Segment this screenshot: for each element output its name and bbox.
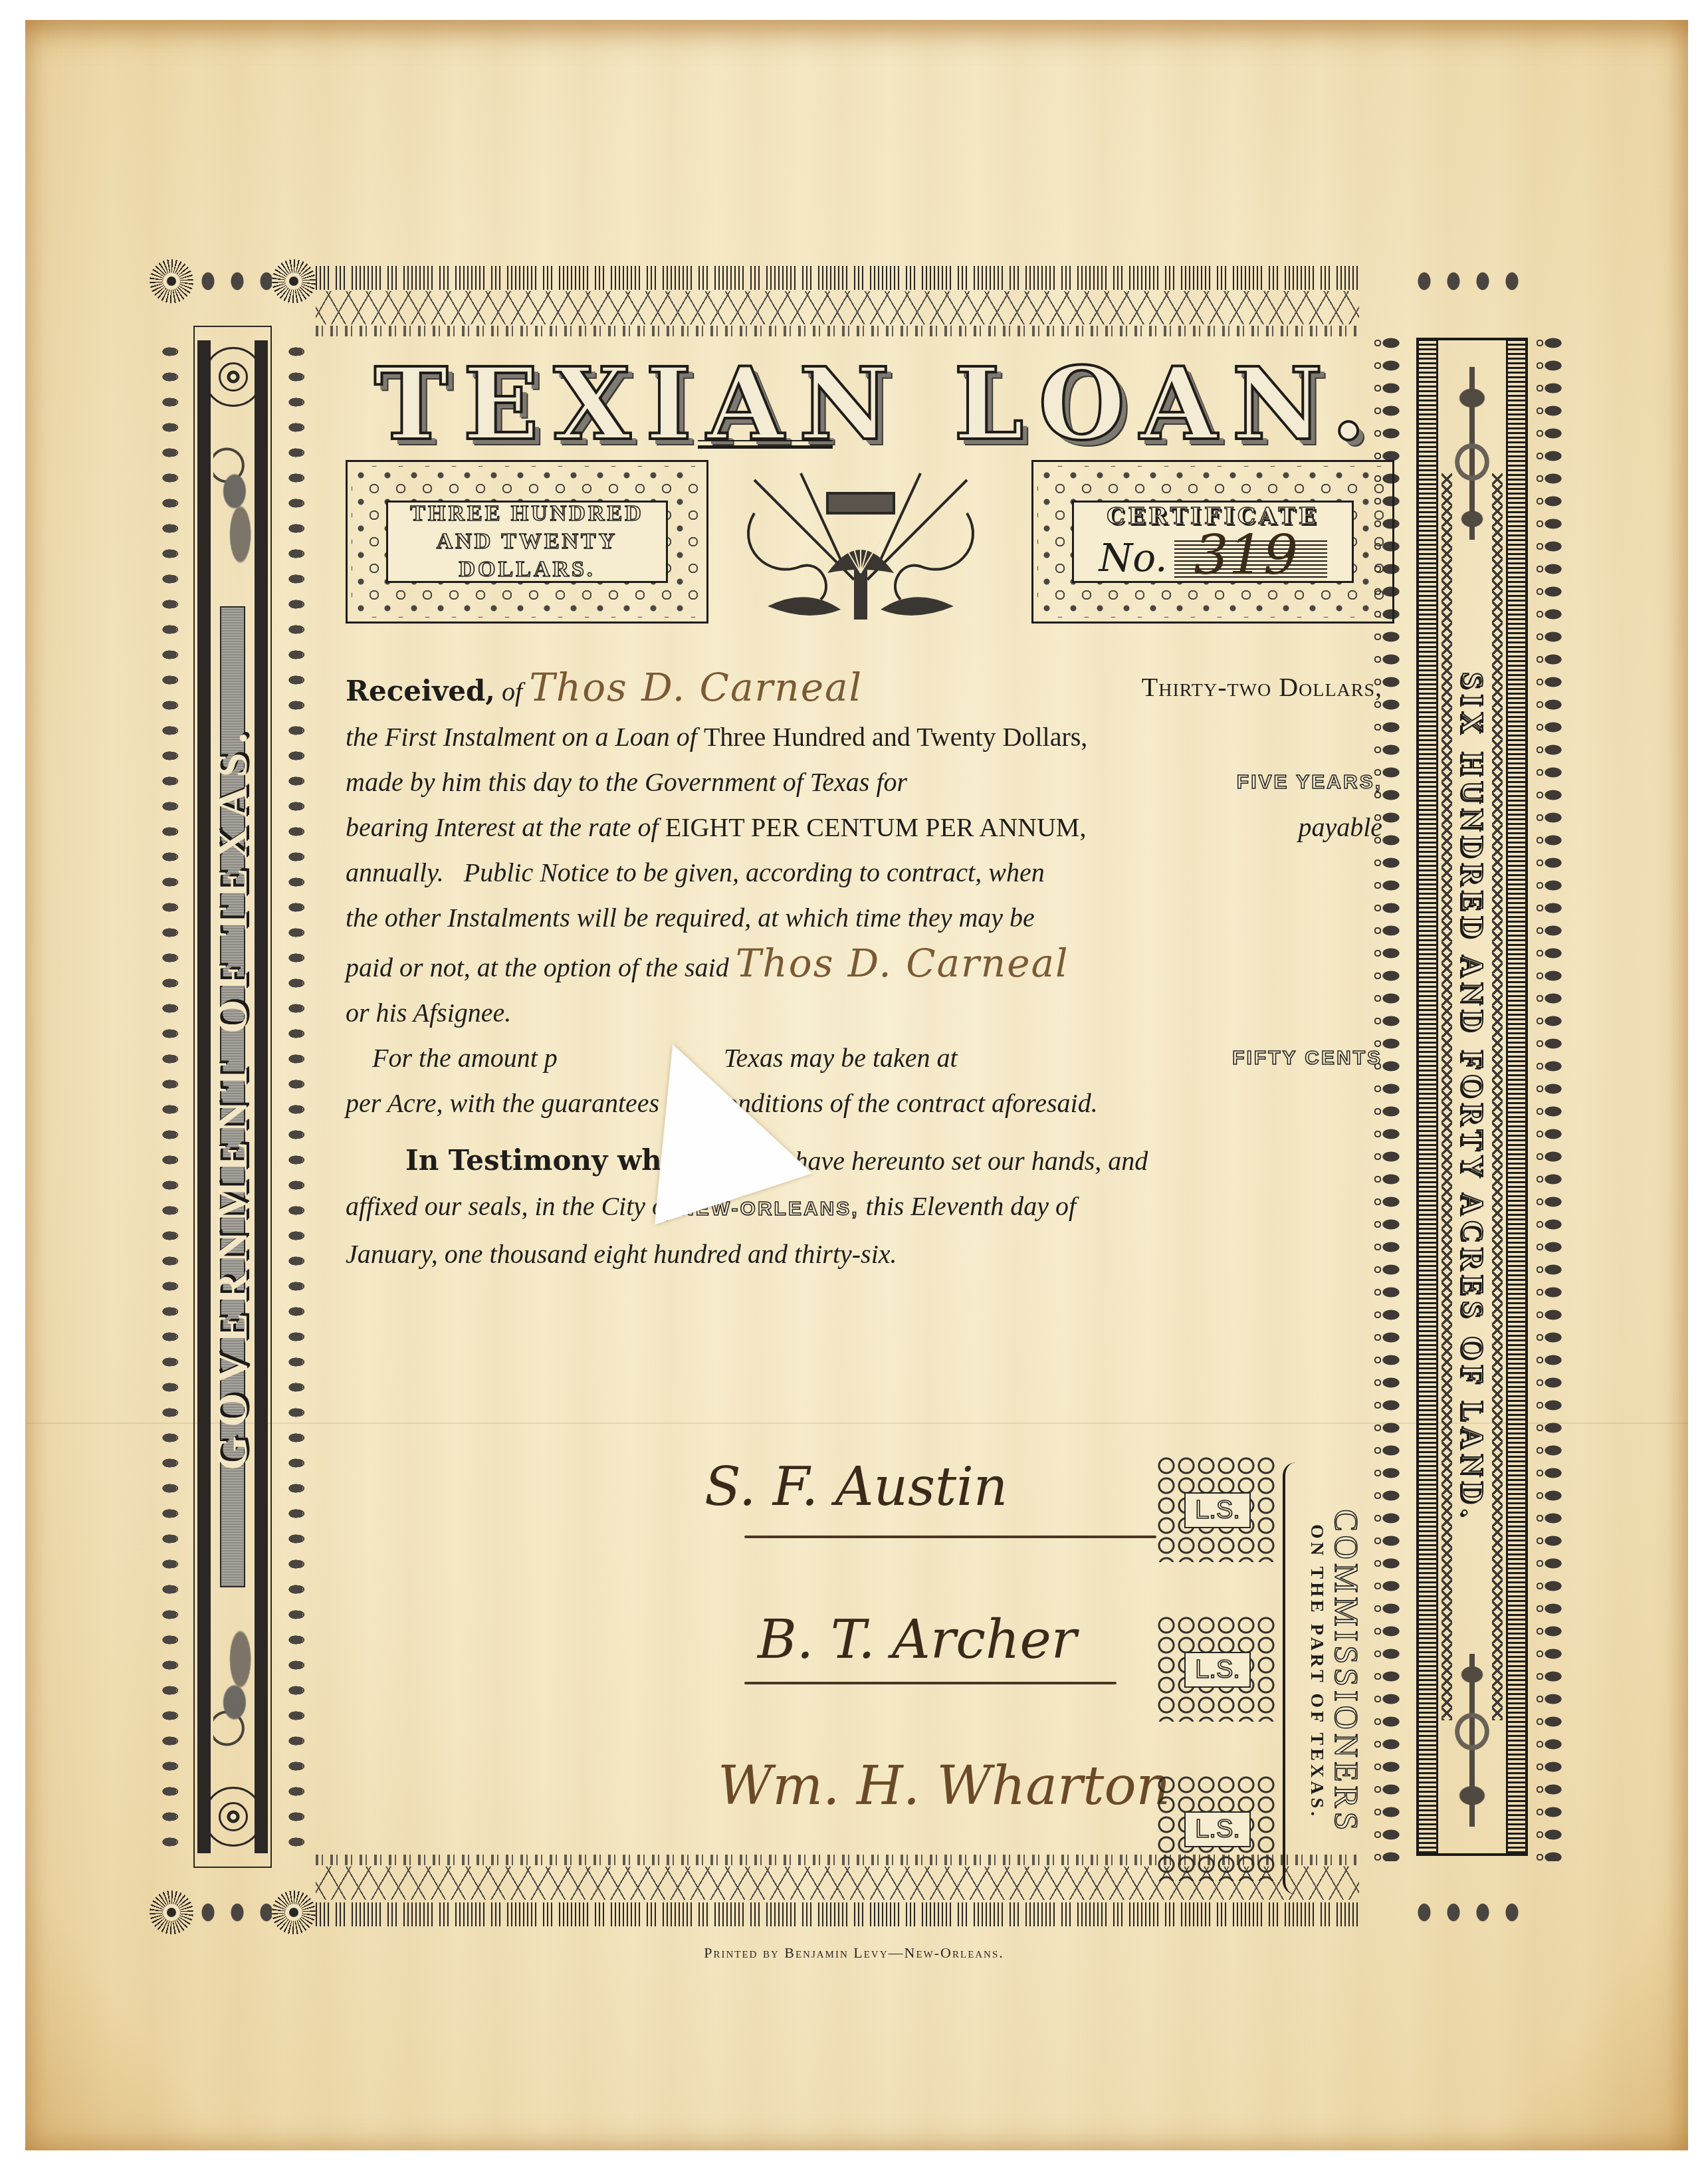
tulip-row (193, 259, 272, 303)
signature-flourish (744, 1536, 1156, 1538)
rosette-medallion-icon (203, 347, 263, 407)
text-line: the other Instalments will be required, … (346, 895, 1382, 941)
text-line: In Testimony whereof, we have hereunto s… (346, 1138, 1382, 1184)
signature-wharton: Wm. H. Wharton (718, 1755, 1170, 1817)
certificate-box-inner: CERTIFICATE No. 319 (1072, 501, 1354, 583)
text-line: affixed our seals, in the City of NEW-OR… (346, 1184, 1382, 1232)
amount-box-inner: THREE HUNDRED AND TWENTY DOLLARS. (386, 501, 668, 583)
certificate-number-row: No. 319 (1099, 535, 1327, 580)
commissioners-caption: COMMISSIONERS ON THE PART OF TEXAS. (1306, 1509, 1366, 1834)
hatched-rail (1419, 340, 1438, 1853)
commissioners-sublabel: ON THE PART OF TEXAS. (1306, 1509, 1327, 1834)
fleur-trophy-icon (1439, 1654, 1505, 1827)
payer-name-handwritten: Thos D. Carneal (529, 665, 863, 710)
brace-bracket (1283, 1462, 1296, 1894)
document-title: TEXIAN LOAN. (346, 346, 1409, 463)
loan-term: FIVE YEARS, (1237, 760, 1382, 805)
leaf-column (1535, 332, 1572, 1861)
signature-archer: B. T. Archer (758, 1609, 1077, 1670)
text-line: Received, of Thos D. Carneal Thirty-two … (346, 665, 1382, 715)
text-line: January, one thousand eight hundred and … (346, 1232, 1382, 1277)
text-line: annually. Public Notice to be given, acc… (346, 850, 1382, 895)
certificate-content: TEXIAN LOAN. THREE HUNDRED AND TWENTY DO… (346, 319, 1409, 1914)
left-inner-panel: GOVERNMENT OF TEXAS. (193, 326, 272, 1868)
seal-label: L.S. (1184, 1652, 1251, 1688)
tulip-row (1410, 259, 1535, 303)
right-inner-panel: SIX HUNDRED AND FORTY ACRES OF LAND. (1416, 338, 1528, 1856)
land-banner-text: SIX HUNDRED AND FORTY ACRES OF LAND. (1455, 672, 1490, 1522)
interest-rate: EIGHT PER CENTUM PER ANNUM, (665, 812, 1087, 842)
receipt-paragraph: Received, of Thos D. Carneal Thirty-two … (346, 665, 1382, 1277)
text-span: For the amount p (372, 1043, 558, 1073)
fleur-trophy-icon (1439, 367, 1505, 540)
number-prefix: No. (1099, 535, 1167, 580)
printer-imprint: Printed by Benjamin Levy—New-Orleans. (0, 1944, 1708, 1962)
text-line: bearing Interest at the rate of EIGHT PE… (346, 805, 1382, 850)
text-span: affixed our seals, in the City of (346, 1191, 673, 1221)
text-span: bearing Interest at the rate of (346, 812, 659, 842)
trophy-vignette-icon (728, 467, 994, 626)
text-span: paid or not, at the option of the said (346, 953, 729, 982)
amount-line: DOLLARS. (459, 556, 595, 584)
dolphin-scroll-engraving (213, 1607, 252, 1780)
amount-box: THREE HUNDRED AND TWENTY DOLLARS. (346, 460, 708, 624)
text-line: made by him this day to the Government o… (346, 760, 1382, 805)
text-span: made by him this day to the Government o… (346, 767, 907, 797)
seal-label: L.S. (1184, 1811, 1251, 1847)
text-span: payable (1298, 805, 1382, 850)
assignee-name-handwritten: Thos D. Carneal (736, 941, 1069, 986)
certificate-box: CERTIFICATE No. 319 (1031, 460, 1394, 624)
sunburst-icon (272, 259, 316, 303)
tulip-column (276, 339, 316, 1855)
text-span: we have hereunto set our hands, and (758, 1146, 1148, 1176)
signature-flourish (744, 1682, 1117, 1684)
commissioners-label: COMMISSIONERS (1327, 1509, 1366, 1834)
text-line: For the amount p Texas may be taken at F… (346, 1036, 1382, 1081)
loan-amount: Three Hundred and Twenty Dollars, (704, 722, 1087, 752)
text-line: per Acre, with the guarantees and condit… (346, 1081, 1382, 1126)
government-banner: GOVERNMENT OF TEXAS. (220, 606, 245, 1587)
text-line: or his Afsignee. (346, 990, 1382, 1036)
amount-line: AND TWENTY (437, 528, 618, 556)
government-banner-text: GOVERNMENT OF TEXAS. (207, 723, 258, 1470)
rosette-medallion-icon (203, 1787, 263, 1847)
text-line: paid or not, at the option of the said T… (346, 941, 1382, 990)
dolphin-scroll-engraving (213, 413, 252, 586)
diamond-chain (1492, 473, 1503, 1720)
certificate-number: 319 (1194, 524, 1299, 588)
amount-line: THREE HUNDRED (410, 500, 643, 528)
diamond-chain (1441, 473, 1452, 1720)
text-span: this Eleventh day of (866, 1191, 1077, 1221)
seal-label: L.S. (1184, 1492, 1251, 1528)
land-price: FIFTY CENTS (1206, 1036, 1382, 1081)
tulip-row (193, 1890, 272, 1934)
text-span: the First Instalment on a Loan of (346, 722, 697, 752)
spike-row (316, 266, 1359, 290)
signature-austin: S. F. Austin (704, 1456, 1008, 1518)
left-border-column: GOVERNMENT OF TEXAS. (150, 259, 316, 1934)
sunburst-icon (272, 1890, 316, 1934)
sunburst-icon (150, 1890, 193, 1934)
sunburst-icon (150, 259, 193, 303)
tulip-column (150, 339, 189, 1855)
received-label: Received, (346, 675, 495, 707)
text-line: the First Instalment on a Loan of Three … (346, 715, 1382, 760)
first-instalment-amount: Thirty-two Dollars, (1142, 665, 1382, 710)
text-of: of (502, 677, 522, 707)
title-underline (698, 440, 833, 444)
tulip-row (1410, 1890, 1535, 1934)
number-field: 319 (1174, 538, 1327, 578)
hatched-rail (1506, 340, 1525, 1853)
